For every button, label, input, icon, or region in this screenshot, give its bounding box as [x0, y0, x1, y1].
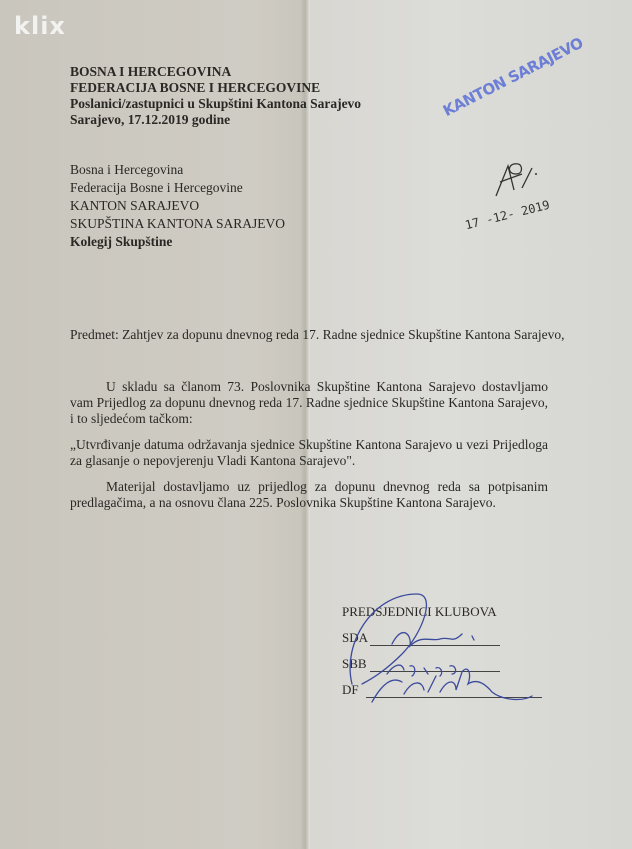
subject-line: Predmet: Zahtjev za dopunu dnevnog reda …	[70, 327, 565, 343]
handwritten-signatures-icon	[332, 584, 552, 704]
letter-body: U skladu sa članom 73. Poslovnika Skupšt…	[70, 379, 548, 521]
recipient-line: Bosna i Hercegovina	[70, 161, 285, 179]
header-date: Sarajevo, 17.12.2019 godine	[70, 112, 361, 128]
received-date-stamp: 17 -12- 2019	[464, 198, 552, 233]
recipient-line: Federacija Bosne i Hercegovine	[70, 179, 285, 197]
recipient-bold-line: Kolegij Skupštine	[70, 233, 285, 251]
body-paragraph: U skladu sa članom 73. Poslovnika Skupšt…	[70, 379, 548, 427]
klix-logo: klix	[14, 12, 66, 40]
sender-header: BOSNA I HERCEGOVINA FEDERACIJA BOSNE I H…	[70, 64, 361, 128]
kanton-stamp: KANTON SARAJEVO	[440, 34, 586, 120]
recipient-line: KANTON SARAJEVO	[70, 197, 285, 215]
header-line: BOSNA I HERCEGOVINA	[70, 64, 361, 80]
body-paragraph: Materijal dostavljamo uz prijedlog za do…	[70, 479, 548, 511]
recipient-address: Bosna i Hercegovina Federacija Bosne i H…	[70, 161, 285, 251]
header-line: FEDERACIJA BOSNE I HERCEGOVINE	[70, 80, 361, 96]
body-quote: „Utvrđivanje datuma održavanja sjednice …	[70, 437, 548, 469]
initials-signature-icon	[492, 160, 542, 200]
recipient-line: SKUPŠTINA KANTONA SARAJEVO	[70, 215, 285, 233]
header-line: Poslanici/zastupnici u Skupštini Kantona…	[70, 96, 361, 112]
